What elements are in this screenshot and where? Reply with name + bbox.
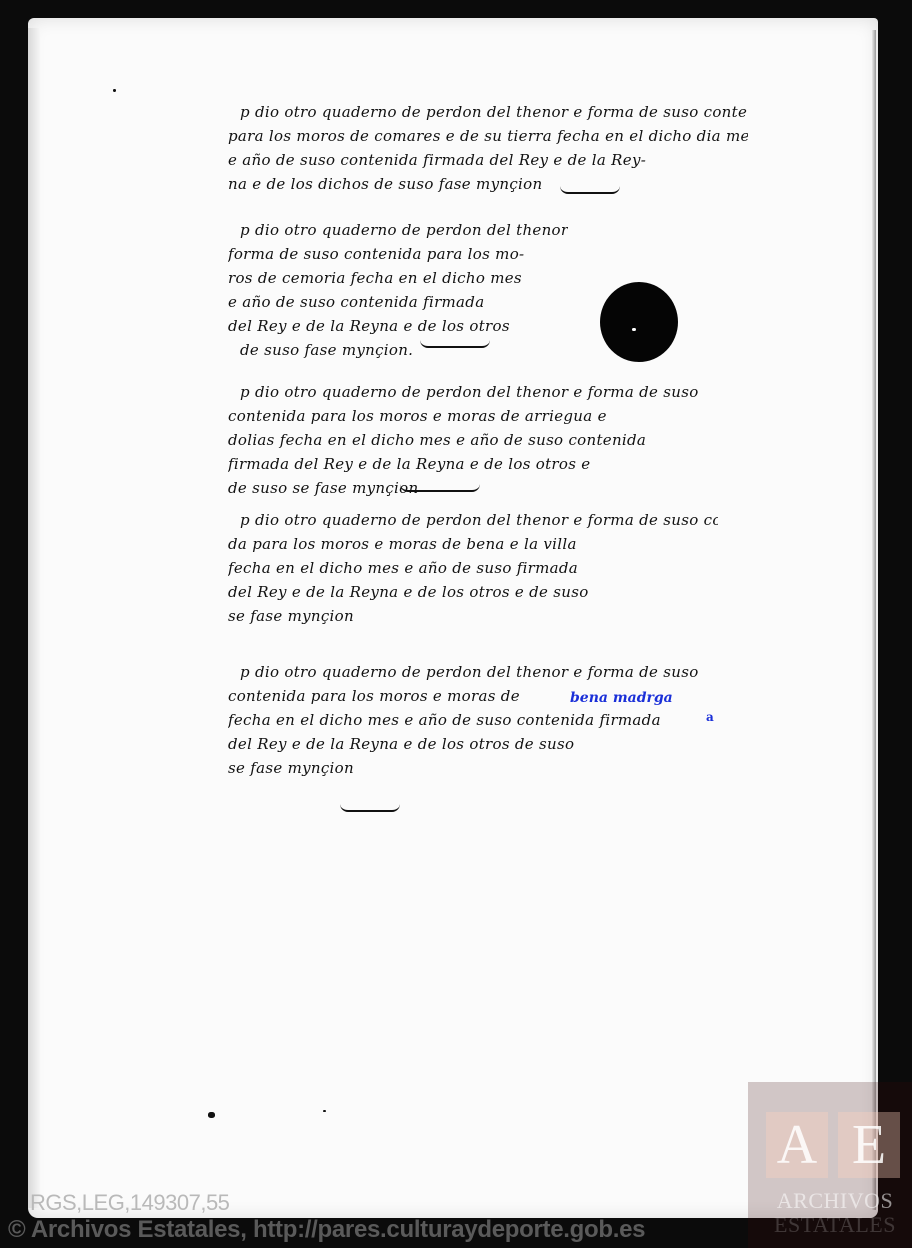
- entry-line: del Rey e de la Reyna e de los otros: [228, 314, 568, 338]
- entry-line: da para los moros e moras de bena e la v…: [228, 532, 718, 556]
- entry-line: del Rey e de la Reyna e de los otros e d…: [228, 580, 718, 604]
- flourish-stroke: [400, 484, 480, 492]
- entry-line: p dio otro quaderno de perdon del thenor…: [228, 380, 698, 404]
- entry-line: contenida para los moros e moras de: [228, 684, 568, 708]
- entry-line: e año de suso contenida firmada del Rey …: [228, 148, 748, 172]
- logo-letter-e: E: [838, 1112, 900, 1178]
- ink-speck: [323, 1110, 326, 1112]
- ink-speck: [208, 1112, 215, 1118]
- entry-line: se fase mynçion: [228, 604, 718, 628]
- entry-1: p dio otro quaderno de perdon del thenor…: [228, 100, 748, 196]
- logo-letter-a: A: [766, 1112, 828, 1178]
- logo-text-line1: ARCHIVOS: [760, 1188, 910, 1214]
- entry-line: fecha en el dicho mes e año de suso cont…: [228, 708, 728, 732]
- ink-speck: [113, 89, 116, 92]
- entry-line: p dio otro quaderno de perdon del thenor…: [228, 660, 728, 684]
- reference-code: RGS,LEG,149307,55: [30, 1190, 229, 1216]
- margin-annotation-sub: a: [706, 710, 714, 724]
- entry-line: forma de suso contenida para los mo-: [228, 242, 568, 266]
- entry-line: na e de los dichos de suso fase mynçion: [228, 172, 748, 196]
- entry-line: fecha en el dicho mes e año de suso firm…: [228, 556, 718, 580]
- entry-line: se fase mynçion: [228, 756, 728, 780]
- logo-text-line2: ESTATALES: [760, 1212, 910, 1238]
- wax-seal: [600, 282, 678, 362]
- flourish-stroke: [420, 340, 490, 348]
- flourish-stroke: [340, 804, 400, 812]
- entry-line: contenida para los moros e moras de arri…: [228, 404, 698, 428]
- entry-2: p dio otro quaderno de perdon del thenor…: [228, 218, 568, 362]
- entry-line: firmada del Rey e de la Reyna e de los o…: [228, 452, 698, 476]
- entry-line: de suso fase mynçion.: [228, 338, 568, 362]
- entry-4: p dio otro quaderno de perdon del thenor…: [228, 508, 718, 628]
- entry-line: dolias fecha en el dicho mes e año de su…: [228, 428, 698, 452]
- entry-line: p dio otro quaderno de perdon del thenor…: [228, 100, 748, 124]
- entry-line: p dio otro quaderno de perdon del thenor…: [228, 218, 568, 242]
- margin-annotation: bena madrga: [570, 690, 673, 706]
- seal-highlight: [632, 328, 636, 331]
- entry-line: para los moros de comares e de su tierra…: [228, 124, 748, 148]
- entry-3: p dio otro quaderno de perdon del thenor…: [228, 380, 698, 500]
- entry-line: del Rey e de la Reyna e de los otros de …: [228, 732, 728, 756]
- archivos-estatales-logo: A E ARCHIVOS ESTATALES: [748, 1082, 912, 1248]
- entry-line: e año de suso contenida firmada: [228, 290, 568, 314]
- entry-line: p dio otro quaderno de perdon del thenor…: [228, 508, 718, 532]
- entry-5: p dio otro quaderno de perdon del thenor…: [228, 660, 728, 780]
- flourish-stroke: [560, 186, 620, 194]
- copyright-link[interactable]: © Archivos Estatales, http://pares.cultu…: [8, 1216, 645, 1244]
- entry-line: ros de cemoria fecha en el dicho mes: [228, 266, 568, 290]
